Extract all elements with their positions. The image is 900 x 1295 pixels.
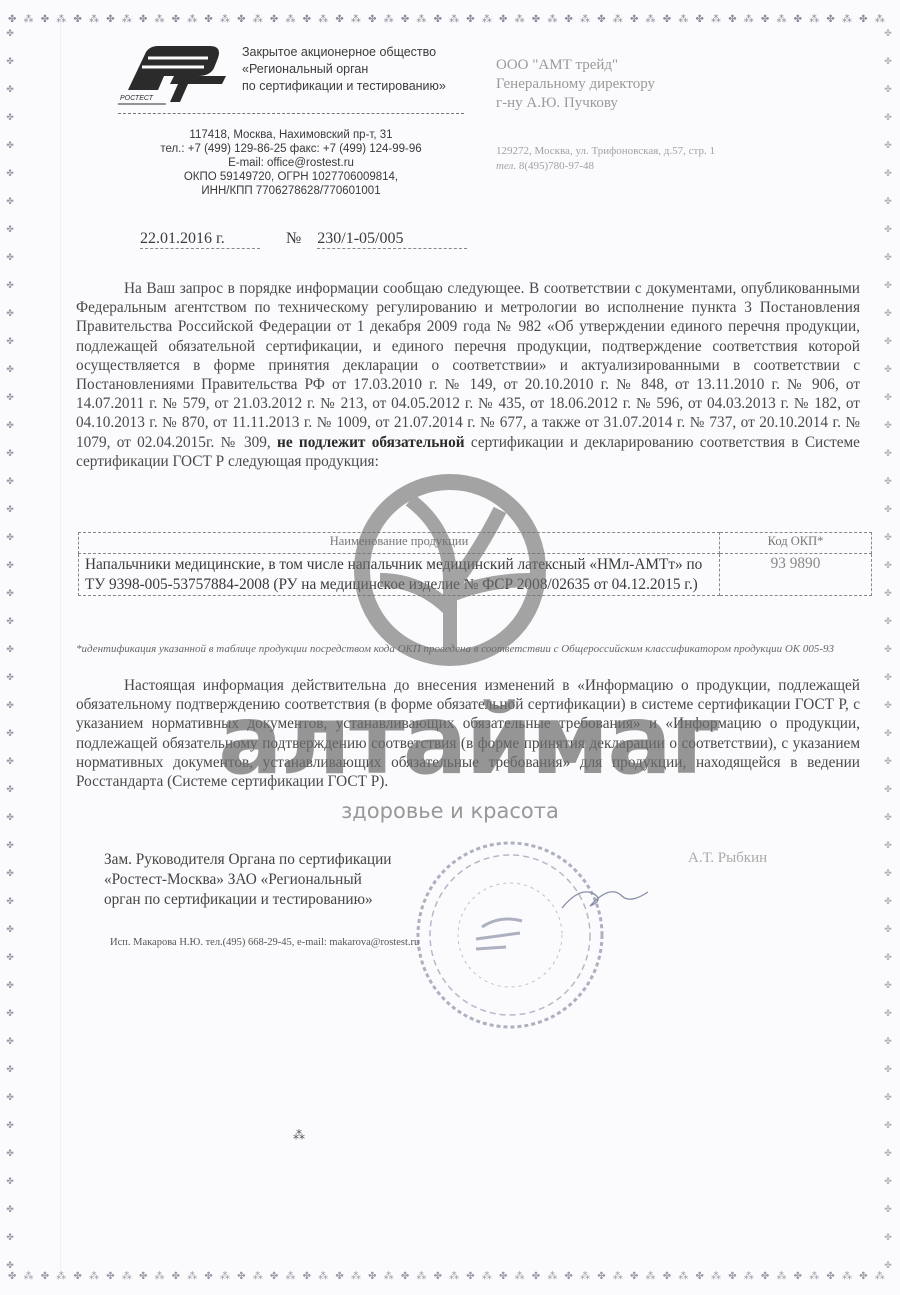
- letter-date: 22.01.2016 г.: [140, 230, 260, 249]
- paragraph-intro-text: На Ваш запрос в порядке информации сообщ…: [76, 280, 860, 451]
- org-email: E-mail: office@rostest.ru: [118, 156, 464, 170]
- org-inn-kpp: ИНН/КПП 7706278628/770601001: [118, 184, 464, 198]
- decorative-border-top: ✤ ⁂ ✤ ⁂ ✤ ⁂ ✤ ⁂ ✤ ⁂ ✤ ⁂ ✤ ⁂ ✤ ⁂ ✤ ⁂ ✤ ⁂ …: [8, 14, 892, 26]
- org-okpo-ogrn: ОКПО 59149720, ОГРН 1027706009814,: [118, 170, 464, 184]
- signatory-position: Зам. Руководителя Органа по сертификации…: [104, 850, 444, 910]
- scan-artifact: ⁂: [293, 1128, 305, 1142]
- watermark-tagline: здоровье и красота: [300, 799, 600, 823]
- organization-address: 117418, Москва, Нахимовский пр-т, 31 тел…: [118, 128, 464, 198]
- org-phone-fax: тел.: +7 (499) 129-86-25 факс: +7 (499) …: [118, 142, 464, 156]
- tel-label: тел.: [496, 160, 516, 172]
- org-name-line: по сертификации и тестированию»: [242, 78, 482, 95]
- tel-value: 8(495)780-97-48: [519, 160, 594, 172]
- watermark-leaf-emblem-icon: [350, 470, 550, 670]
- recipient-company: ООО "АМТ трейд": [496, 56, 826, 75]
- recipient-phone: тел. 8(495)780-97-48: [496, 159, 826, 174]
- recipient-street: 129272, Москва, ул. Трифоновская, д.57, …: [496, 144, 826, 159]
- decorative-border-right: ✤ ✤ ✤ ✤ ✤ ✤ ✤ ✤ ✤ ✤ ✤ ✤ ✤ ✤ ✤ ✤ ✤ ✤ ✤ ✤ …: [882, 20, 894, 1271]
- org-name-line: «Региональный орган: [242, 61, 482, 78]
- reference-line: 22.01.2016 г. № 230/1-05/005: [140, 230, 467, 249]
- letterhead-divider: [118, 113, 464, 114]
- recipient-block: ООО "АМТ трейд" Генеральному директору г…: [496, 56, 826, 113]
- handwritten-signature-icon: [560, 878, 650, 914]
- scan-guide-line: [60, 20, 61, 1275]
- number-label: №: [286, 230, 301, 247]
- org-name-line: Закрытое акционерное общество: [242, 44, 482, 61]
- signatory-line: орган по сертификации и тестированию»: [104, 890, 444, 910]
- recipient-title: Генеральному директору: [496, 75, 826, 94]
- rostest-logo-icon: РОСТЕСТ: [118, 42, 230, 106]
- signatory-line: «Ростест-Москва» ЗАО «Региональный: [104, 870, 444, 890]
- organization-name: Закрытое акционерное общество «Региональ…: [242, 44, 482, 95]
- watermark-brand: алтаймаг: [218, 690, 688, 790]
- letter-number: 230/1-05/005: [317, 230, 467, 249]
- org-address-line: 117418, Москва, Нахимовский пр-т, 31: [118, 128, 464, 142]
- recipient-name: г-ну А.Ю. Пучкову: [496, 94, 826, 113]
- executor-contact: Исп. Макарова Н.Ю. тел.(495) 668-29-45, …: [110, 937, 419, 948]
- decorative-border-left: ✤ ✤ ✤ ✤ ✤ ✤ ✤ ✤ ✤ ✤ ✤ ✤ ✤ ✤ ✤ ✤ ✤ ✤ ✤ ✤ …: [4, 20, 16, 1271]
- okp-code-cell: 93 9890: [720, 554, 872, 596]
- signatory-line: Зам. Руководителя Органа по сертификации: [104, 850, 444, 870]
- paragraph-intro: На Ваш запрос в порядке информации сообщ…: [76, 279, 860, 471]
- recipient-address: 129272, Москва, ул. Трифоновская, д.57, …: [496, 144, 826, 174]
- official-stamp-icon: [410, 835, 610, 1035]
- column-header-okp-code: Код ОКП*: [720, 533, 872, 554]
- signatory-name: А.Т. Рыбкин: [688, 850, 767, 867]
- paragraph-emphasis: не подлежит обязательной: [277, 434, 465, 451]
- svg-text:РОСТЕСТ: РОСТЕСТ: [120, 95, 154, 102]
- scanned-letter-page: ✤ ⁂ ✤ ⁂ ✤ ⁂ ✤ ⁂ ✤ ⁂ ✤ ⁂ ✤ ⁂ ✤ ⁂ ✤ ⁂ ✤ ⁂ …: [0, 0, 900, 1295]
- decorative-border-bottom: ✤ ⁂ ✤ ⁂ ✤ ⁂ ✤ ⁂ ✤ ⁂ ✤ ⁂ ✤ ⁂ ✤ ⁂ ✤ ⁂ ✤ ⁂ …: [8, 1271, 892, 1283]
